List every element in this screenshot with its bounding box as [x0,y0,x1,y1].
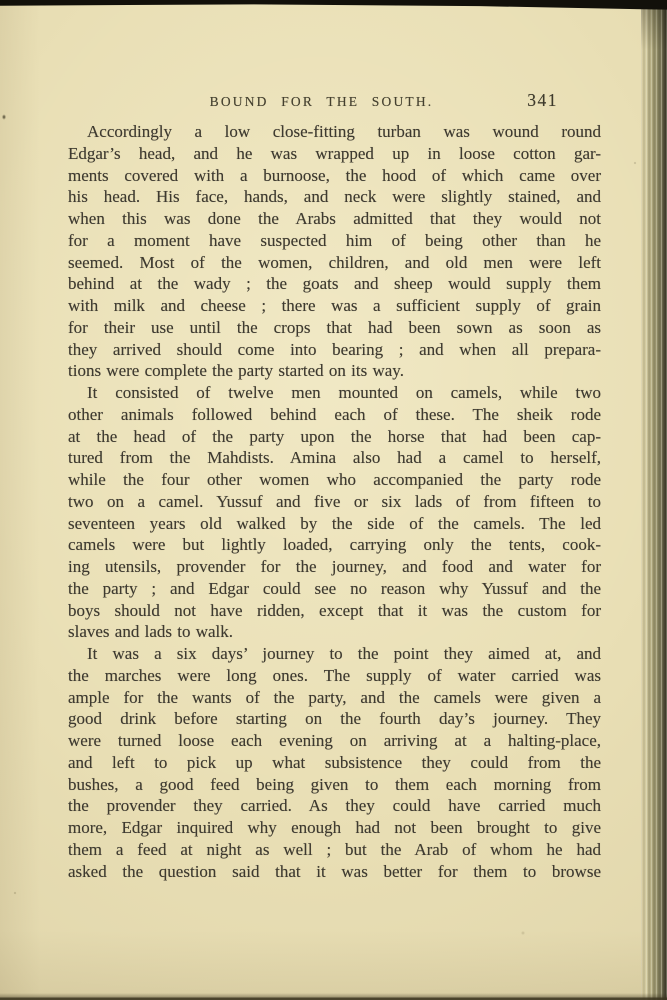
text-line: camels were but lightly loaded, carrying… [68,534,601,556]
text-line: the provender they carried. As they coul… [68,795,601,817]
text-line: and left to pick up what subsistence the… [68,752,601,774]
text-line: good drink before starting on the fourth… [68,708,601,730]
text-line: the party ; and Edgar could see no reaso… [68,578,601,600]
page-header: BOUND FOR THE SOUTH. 341 [68,92,601,112]
text-line: It was a six days’ journey to the point … [68,643,601,665]
text-line: more, Edgar inquired why enough had not … [68,817,601,839]
text-line: tions were complete the party started on… [68,360,601,382]
text-line: tured from the Mahdists. Amina also had … [68,447,601,469]
text-line: ample for the wants of the party, and th… [68,687,601,709]
text-line: seventeen years old walked by the side o… [68,513,601,535]
text-line: while the four other women who accompani… [68,469,601,491]
paragraph: Accordingly a low close-fitting turban w… [68,121,601,382]
text-line: two on a camel. Yussuf and five or six l… [68,491,601,513]
scan-edge-bottom [0,993,667,1000]
page-number: 341 [527,90,558,111]
text-line: boys should not have ridden, except that… [68,600,601,622]
paragraph: It consisted of twelve men mounted on ca… [68,382,601,643]
text-line: them a feed at night as well ; but the A… [68,839,601,861]
running-title: BOUND FOR THE SOUTH. [210,94,434,110]
text-line: slaves and lads to walk. [68,621,601,643]
text-line: ments covered with a burnoose, the hood … [68,165,601,187]
text-line: at the head of the party upon the horse … [68,426,601,448]
text-line: bushes, a good feed being given to them … [68,774,601,796]
text-line: behind at the wady ; the goats and sheep… [68,273,601,295]
text-line: It consisted of twelve men mounted on ca… [68,382,601,404]
scanned-book-page: BOUND FOR THE SOUTH. 341 Accordingly a l… [0,0,667,1000]
page-text: Accordingly a low close-fitting turban w… [68,121,601,882]
text-line: for a moment have suspected him of being… [68,230,601,252]
paragraph: It was a six days’ journey to the point … [68,643,601,882]
text-line: they arrived should come into bearing ; … [68,339,601,361]
text-line: his head. His face, hands, and neck were… [68,186,601,208]
book-fore-edge-pages [641,0,667,1000]
text-line: asked the question said that it was bett… [68,861,601,883]
text-line: seemed. Most of the women, children, and… [68,252,601,274]
text-line: other animals followed behind each of th… [68,404,601,426]
text-line: with milk and cheese ; there was a suffi… [68,295,601,317]
text-line: Accordingly a low close-fitting turban w… [68,121,601,143]
text-line: Edgar’s head, and he was wrapped up in l… [68,143,601,165]
text-line: ing utensils, provender for the journey,… [68,556,601,578]
text-line: for their use until the crops that had b… [68,317,601,339]
text-line: when this was done the Arabs admitted th… [68,208,601,230]
scan-edge-top [0,0,667,11]
text-line: the marches were long ones. The supply o… [68,665,601,687]
text-line: were turned loose each evening on arrivi… [68,730,601,752]
